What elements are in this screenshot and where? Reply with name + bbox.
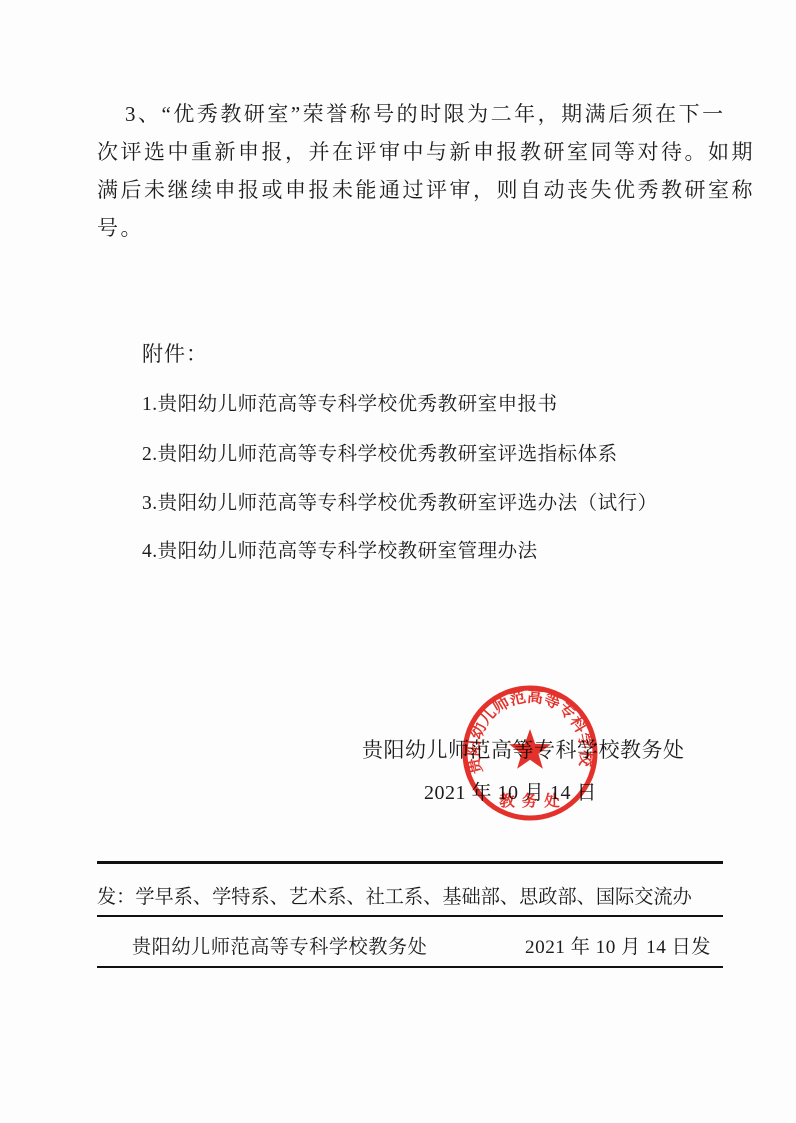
footer-rule-middle	[97, 915, 723, 917]
footer-rule-top	[97, 861, 723, 864]
paragraph-line: 号。	[97, 209, 715, 247]
paragraph-line: 3、“优秀教研室”荣誉称号的时限为二年，期满后须在下一	[97, 95, 715, 133]
body-paragraph: 3、“优秀教研室”荣誉称号的时限为二年，期满后须在下一 次评选中重新申报，并在评…	[97, 95, 715, 247]
footer-rule-bottom	[97, 966, 723, 968]
attachment-item: 2.贵阳幼儿师范高等专科学校优秀教研室评选指标体系	[142, 438, 618, 466]
attachments-label: 附件：	[142, 338, 208, 368]
paragraph-line: 次评选中重新申报，并在评审中与新申报教研室同等对待。如期	[97, 133, 715, 171]
attachment-item: 4.贵阳幼儿师范高等专科学校教研室管理办法	[142, 535, 538, 563]
star-icon	[509, 729, 551, 769]
document-page: 3、“优秀教研室”荣誉称号的时限为二年，期满后须在下一 次评选中重新申报，并在评…	[0, 0, 796, 1123]
attachment-item: 3.贵阳幼儿师范高等专科学校优秀教研室评选办法（试行）	[142, 487, 658, 515]
issuer-name: 贵阳幼儿师范高等专科学校教务处	[97, 932, 427, 959]
official-seal: 贵阳幼儿师范高等专科学校 教务处	[459, 682, 601, 824]
issue-date: 2021 年 10 月 14 日发	[525, 932, 723, 959]
attachment-item: 1.贵阳幼儿师范高等专科学校优秀教研室申报书	[142, 388, 558, 416]
distribution-line: 发：学早系、学特系、艺术系、社工系、基础部、思政部、国际交流办	[97, 882, 692, 909]
issue-row: 贵阳幼儿师范高等专科学校教务处 2021 年 10 月 14 日发	[97, 932, 723, 959]
paragraph-line: 满后未继续申报或申报未能通过评审，则自动丧失优秀教研室称	[97, 171, 715, 209]
seal-bottom-text: 教务处	[499, 791, 567, 810]
